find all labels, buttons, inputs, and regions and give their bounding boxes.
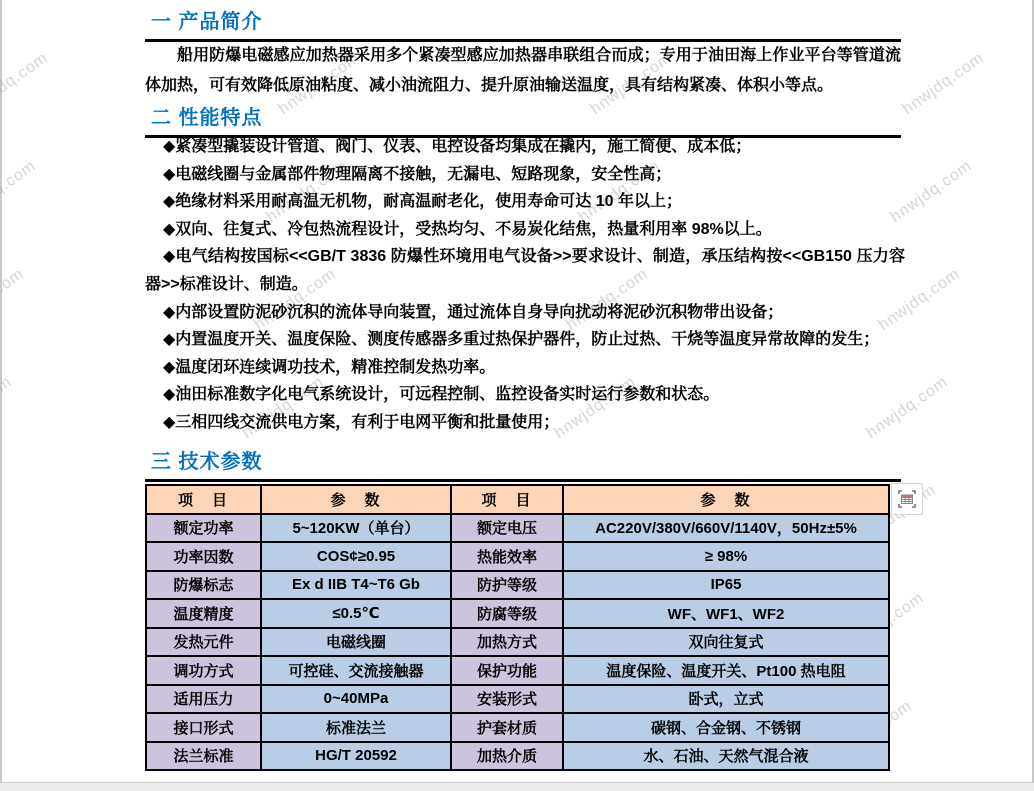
specs-table-row: 调功方式可控硅、交流接触器保护功能温度保险、温度开关、Pt100 热电阻	[146, 656, 889, 685]
specs-table-header-cell: 参 数	[563, 485, 889, 514]
specs-table-header-cell: 项 目	[146, 485, 261, 514]
spec-value-cell: Ex d IIB T4~T6 Gb	[261, 571, 451, 600]
table-tool-icon	[897, 489, 917, 509]
feature-item: ◆双向、往复式、冷包热流程设计，受热均匀、不易炭化结焦，热量利用率 98%以上。	[145, 216, 905, 244]
spec-item-cell: 温度精度	[146, 599, 261, 628]
spec-item-cell: 防爆标志	[146, 571, 261, 600]
spec-value-cell: 双向往复式	[563, 628, 889, 657]
specs-table-header-row: 项 目参 数项 目参 数	[146, 485, 889, 514]
spec-item-cell: 护套材质	[451, 713, 563, 742]
spec-value-cell: 5~120KW（单台）	[261, 514, 451, 543]
spec-item-cell: 额定功率	[146, 514, 261, 543]
spec-item-cell: 适用压力	[146, 685, 261, 714]
spec-item-cell: 防护等级	[451, 571, 563, 600]
feature-item: ◆紧凑型撬装设计管道、阀门、仪表、电控设备均集成在撬内，施工简便、成本低；	[145, 133, 905, 161]
specs-table-head: 项 目参 数项 目参 数	[146, 485, 889, 514]
feature-item: ◆电磁线圈与金属部件物理隔离不接触，无漏电、短路现象，安全性高；	[145, 161, 905, 189]
specs-table: 项 目参 数项 目参 数 额定功率5~120KW（单台）额定电压AC220V/3…	[145, 484, 890, 771]
spec-item-cell: 保护功能	[451, 656, 563, 685]
spec-value-cell: 电磁线圈	[261, 628, 451, 657]
specs-table-row: 法兰标准HG/T 20592加热介质水、石油、天然气混合液	[146, 742, 889, 771]
spec-value-cell: 卧式，立式	[563, 685, 889, 714]
section-title-technical-parameters: 三 技术参数	[145, 445, 901, 482]
specs-table-header-cell: 参 数	[261, 485, 451, 514]
spec-value-cell: 可控硅、交流接触器	[261, 656, 451, 685]
spec-value-cell: IP65	[563, 571, 889, 600]
feature-list: ◆紧凑型撬装设计管道、阀门、仪表、电控设备均集成在撬内，施工简便、成本低；◆电磁…	[145, 133, 905, 437]
specs-table-header-cell: 项 目	[451, 485, 563, 514]
section-title-product-intro: 一 产品简介	[145, 5, 901, 42]
product-intro-paragraph: 船用防爆电磁感应加热器采用多个紧凑型感应加热器串联组合而成；专用于油田海上作业平…	[145, 41, 901, 100]
document-content: 一 产品简介 船用防爆电磁感应加热器采用多个紧凑型感应加热器串联组合而成；专用于…	[0, 0, 1034, 791]
spec-item-cell: 调功方式	[146, 656, 261, 685]
feature-item: ◆油田标准数字化电气系统设计，可远程控制、监控设备实时运行参数和状态。	[145, 381, 905, 409]
feature-item: ◆三相四线交流供电方案，有利于电网平衡和批量使用；	[145, 409, 905, 437]
feature-item: ◆温度闭环连续调功技术，精准控制发热功率。	[145, 354, 905, 382]
spec-value-cell: HG/T 20592	[261, 742, 451, 771]
spec-item-cell: 加热方式	[451, 628, 563, 657]
spec-item-cell: 热能效率	[451, 542, 563, 571]
spec-item-cell: 法兰标准	[146, 742, 261, 771]
spec-item-cell: 发热元件	[146, 628, 261, 657]
table-tool-button[interactable]	[891, 483, 923, 515]
spec-value-cell: 碳钢、合金钢、不锈钢	[563, 713, 889, 742]
spec-item-cell: 额定电压	[451, 514, 563, 543]
feature-item: ◆绝缘材料采用耐高温无机物，耐高温耐老化，使用寿命可达 10 年以上；	[145, 188, 905, 216]
spec-value-cell: 水、石油、天然气混合液	[563, 742, 889, 771]
specs-table-row: 功率因数COS¢≥0.95热能效率≥ 98%	[146, 542, 889, 571]
spec-value-cell: 标准法兰	[261, 713, 451, 742]
feature-item: ◆内部设置防泥砂沉积的流体导向装置，通过流体自身导向扰动将泥砂沉积物带出设备；	[145, 299, 905, 327]
spec-item-cell: 防腐等级	[451, 599, 563, 628]
specs-table-row: 额定功率5~120KW（单台）额定电压AC220V/380V/660V/1140…	[146, 514, 889, 543]
spec-value-cell: WF、WF1、WF2	[563, 599, 889, 628]
spec-item-cell: 接口形式	[146, 713, 261, 742]
specs-table-row: 发热元件电磁线圈加热方式双向往复式	[146, 628, 889, 657]
specs-table-row: 防爆标志Ex d IIB T4~T6 Gb防护等级IP65	[146, 571, 889, 600]
spec-item-cell: 功率因数	[146, 542, 261, 571]
specs-table-row: 接口形式标准法兰护套材质碳钢、合金钢、不锈钢	[146, 713, 889, 742]
document-page: hnwjdq.comhnwjdq.comhnwjdq.comhnwjdq.com…	[0, 0, 1034, 791]
spec-value-cell: COS¢≥0.95	[261, 542, 451, 571]
spec-value-cell: 温度保险、温度开关、Pt100 热电阻	[563, 656, 889, 685]
spec-item-cell: 安装形式	[451, 685, 563, 714]
spec-value-cell: ≥ 98%	[563, 542, 889, 571]
specs-table-row: 温度精度≤0.5℃防腐等级WF、WF1、WF2	[146, 599, 889, 628]
spec-value-cell: ≤0.5℃	[261, 599, 451, 628]
spec-item-cell: 加热介质	[451, 742, 563, 771]
feature-item: ◆电气结构按国标<<GB/T 3836 防爆性环境用电气设备>>要求设计、制造，…	[145, 243, 905, 298]
specs-table-row: 适用压力0~40MPa安装形式卧式，立式	[146, 685, 889, 714]
spec-value-cell: 0~40MPa	[261, 685, 451, 714]
specs-table-body: 额定功率5~120KW（单台）额定电压AC220V/380V/660V/1140…	[146, 514, 889, 771]
feature-item: ◆内置温度开关、温度保险、测度传感器多重过热保护器件，防止过热、干烧等温度异常故…	[145, 326, 905, 354]
spec-value-cell: AC220V/380V/660V/1140V，50Hz±5%	[563, 514, 889, 543]
